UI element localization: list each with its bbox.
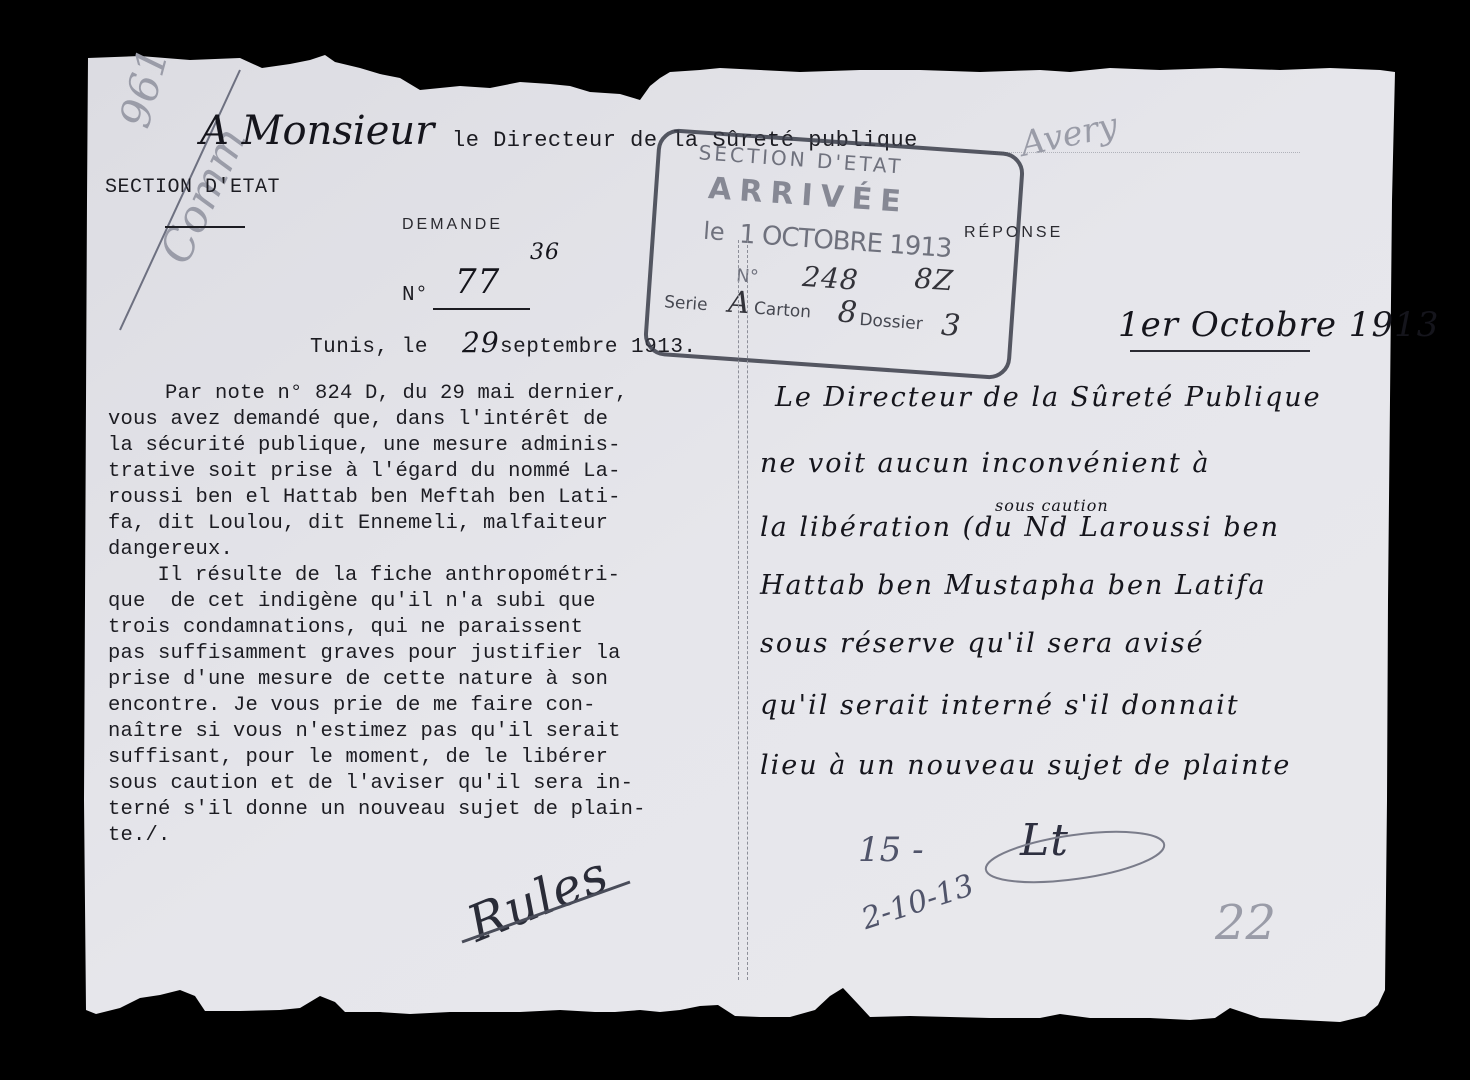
- response-line: Le Directeur de la Sûreté Publique: [775, 382, 1322, 413]
- document-sheet: 961 Comm Avery A Monsieur le Directeur d…: [0, 0, 1470, 1080]
- body-line: encontre. Je vous prie de me faire con-: [108, 694, 596, 717]
- section-label: SECTION D'ETAT: [105, 176, 280, 199]
- stamp-number-suffix: 8Z: [913, 262, 954, 298]
- response-line: Hattab ben Mustapha ben Latifa: [760, 570, 1267, 601]
- stamp-number: 248: [801, 260, 860, 297]
- arrival-stamp: SECTION D'ETAT ARRIVÉE le 1 OCTOBRE 1913…: [642, 127, 1025, 380]
- number-handwritten: 77: [455, 262, 500, 302]
- body-line: Il résulte de la fiche anthropométri-: [120, 564, 620, 587]
- body-line: que de cet indigène qu'il n'a subi que: [108, 590, 596, 613]
- stamp-carton-value: 8: [837, 294, 859, 330]
- body-line: roussi ben el Hattab ben Meftah ben Lati…: [108, 486, 621, 509]
- body-line: trois condamnations, qui ne paraissent: [108, 616, 583, 639]
- number-underline: [433, 308, 530, 310]
- stamp-date: 1 OCTOBRE 1913: [738, 219, 952, 264]
- dotted-rule: [990, 152, 1300, 153]
- stamp-line2: ARRIVÉE: [707, 171, 910, 220]
- response-line: sous réserve qu'il sera avisé: [760, 628, 1205, 659]
- number-label: N°: [402, 284, 428, 307]
- body-line: la sécurité publique, une mesure adminis…: [108, 434, 621, 457]
- column-divider: [738, 240, 748, 980]
- body-line: dangereux.: [108, 538, 233, 561]
- body-line: Par note n° 824 D, du 29 mai dernier,: [165, 382, 628, 405]
- body-line: sous caution et de l'aviser qu'il sera i…: [108, 772, 633, 795]
- stamp-carton-label: Carton: [753, 299, 811, 323]
- body-line: suffisant, pour le moment, de le libérer: [108, 746, 608, 769]
- body-line: terné s'il donne un nouveau sujet de pla…: [108, 798, 646, 821]
- salutation-script: A Monsieur: [200, 108, 434, 154]
- signature-underline: [450, 860, 670, 950]
- body-line: vous avez demandé que, dans l'intérêt de: [108, 408, 608, 431]
- response-line: ne voit aucun inconvénient à: [760, 448, 1210, 479]
- stamp-dossier-label: Dossier: [859, 310, 924, 334]
- body-line: prise d'une mesure de cette nature à son: [108, 668, 608, 691]
- date-day-handwritten: 29: [462, 326, 500, 359]
- response-line: la libération (du Nd Laroussi ben: [760, 512, 1280, 543]
- response-date: 1er Octobre 1913: [1118, 305, 1439, 345]
- body-line: naître si vous n'estimez pas qu'il serai…: [108, 720, 621, 743]
- body-line: te./.: [108, 824, 171, 847]
- response-line: lieu à un nouveau sujet de plainte: [760, 750, 1291, 781]
- response-date-underline: [1130, 350, 1310, 352]
- body-line: fa, dit Loulou, dit Ennemeli, malfaiteur: [108, 512, 608, 535]
- stamp-date-prefix: le: [702, 217, 725, 246]
- annotation-number: 15 -: [858, 830, 924, 870]
- demande-label: DEMANDE: [402, 216, 503, 234]
- body-line: trative soit prise à l'égard du nommé La…: [108, 460, 621, 483]
- number-superscript: 36: [530, 240, 560, 265]
- stamp-serie-label: Serie: [664, 292, 709, 315]
- initials-flourish: [980, 815, 1180, 895]
- response-line: qu'il serait interné s'il donnait: [760, 690, 1240, 721]
- page-number-pencil: 22: [1215, 895, 1276, 951]
- place-date-prefix: Tunis, le: [310, 336, 428, 359]
- stamp-dossier-value: 3: [940, 308, 962, 344]
- body-line: pas suffisamment graves pour justifier l…: [108, 642, 621, 665]
- section-underline: [165, 226, 245, 228]
